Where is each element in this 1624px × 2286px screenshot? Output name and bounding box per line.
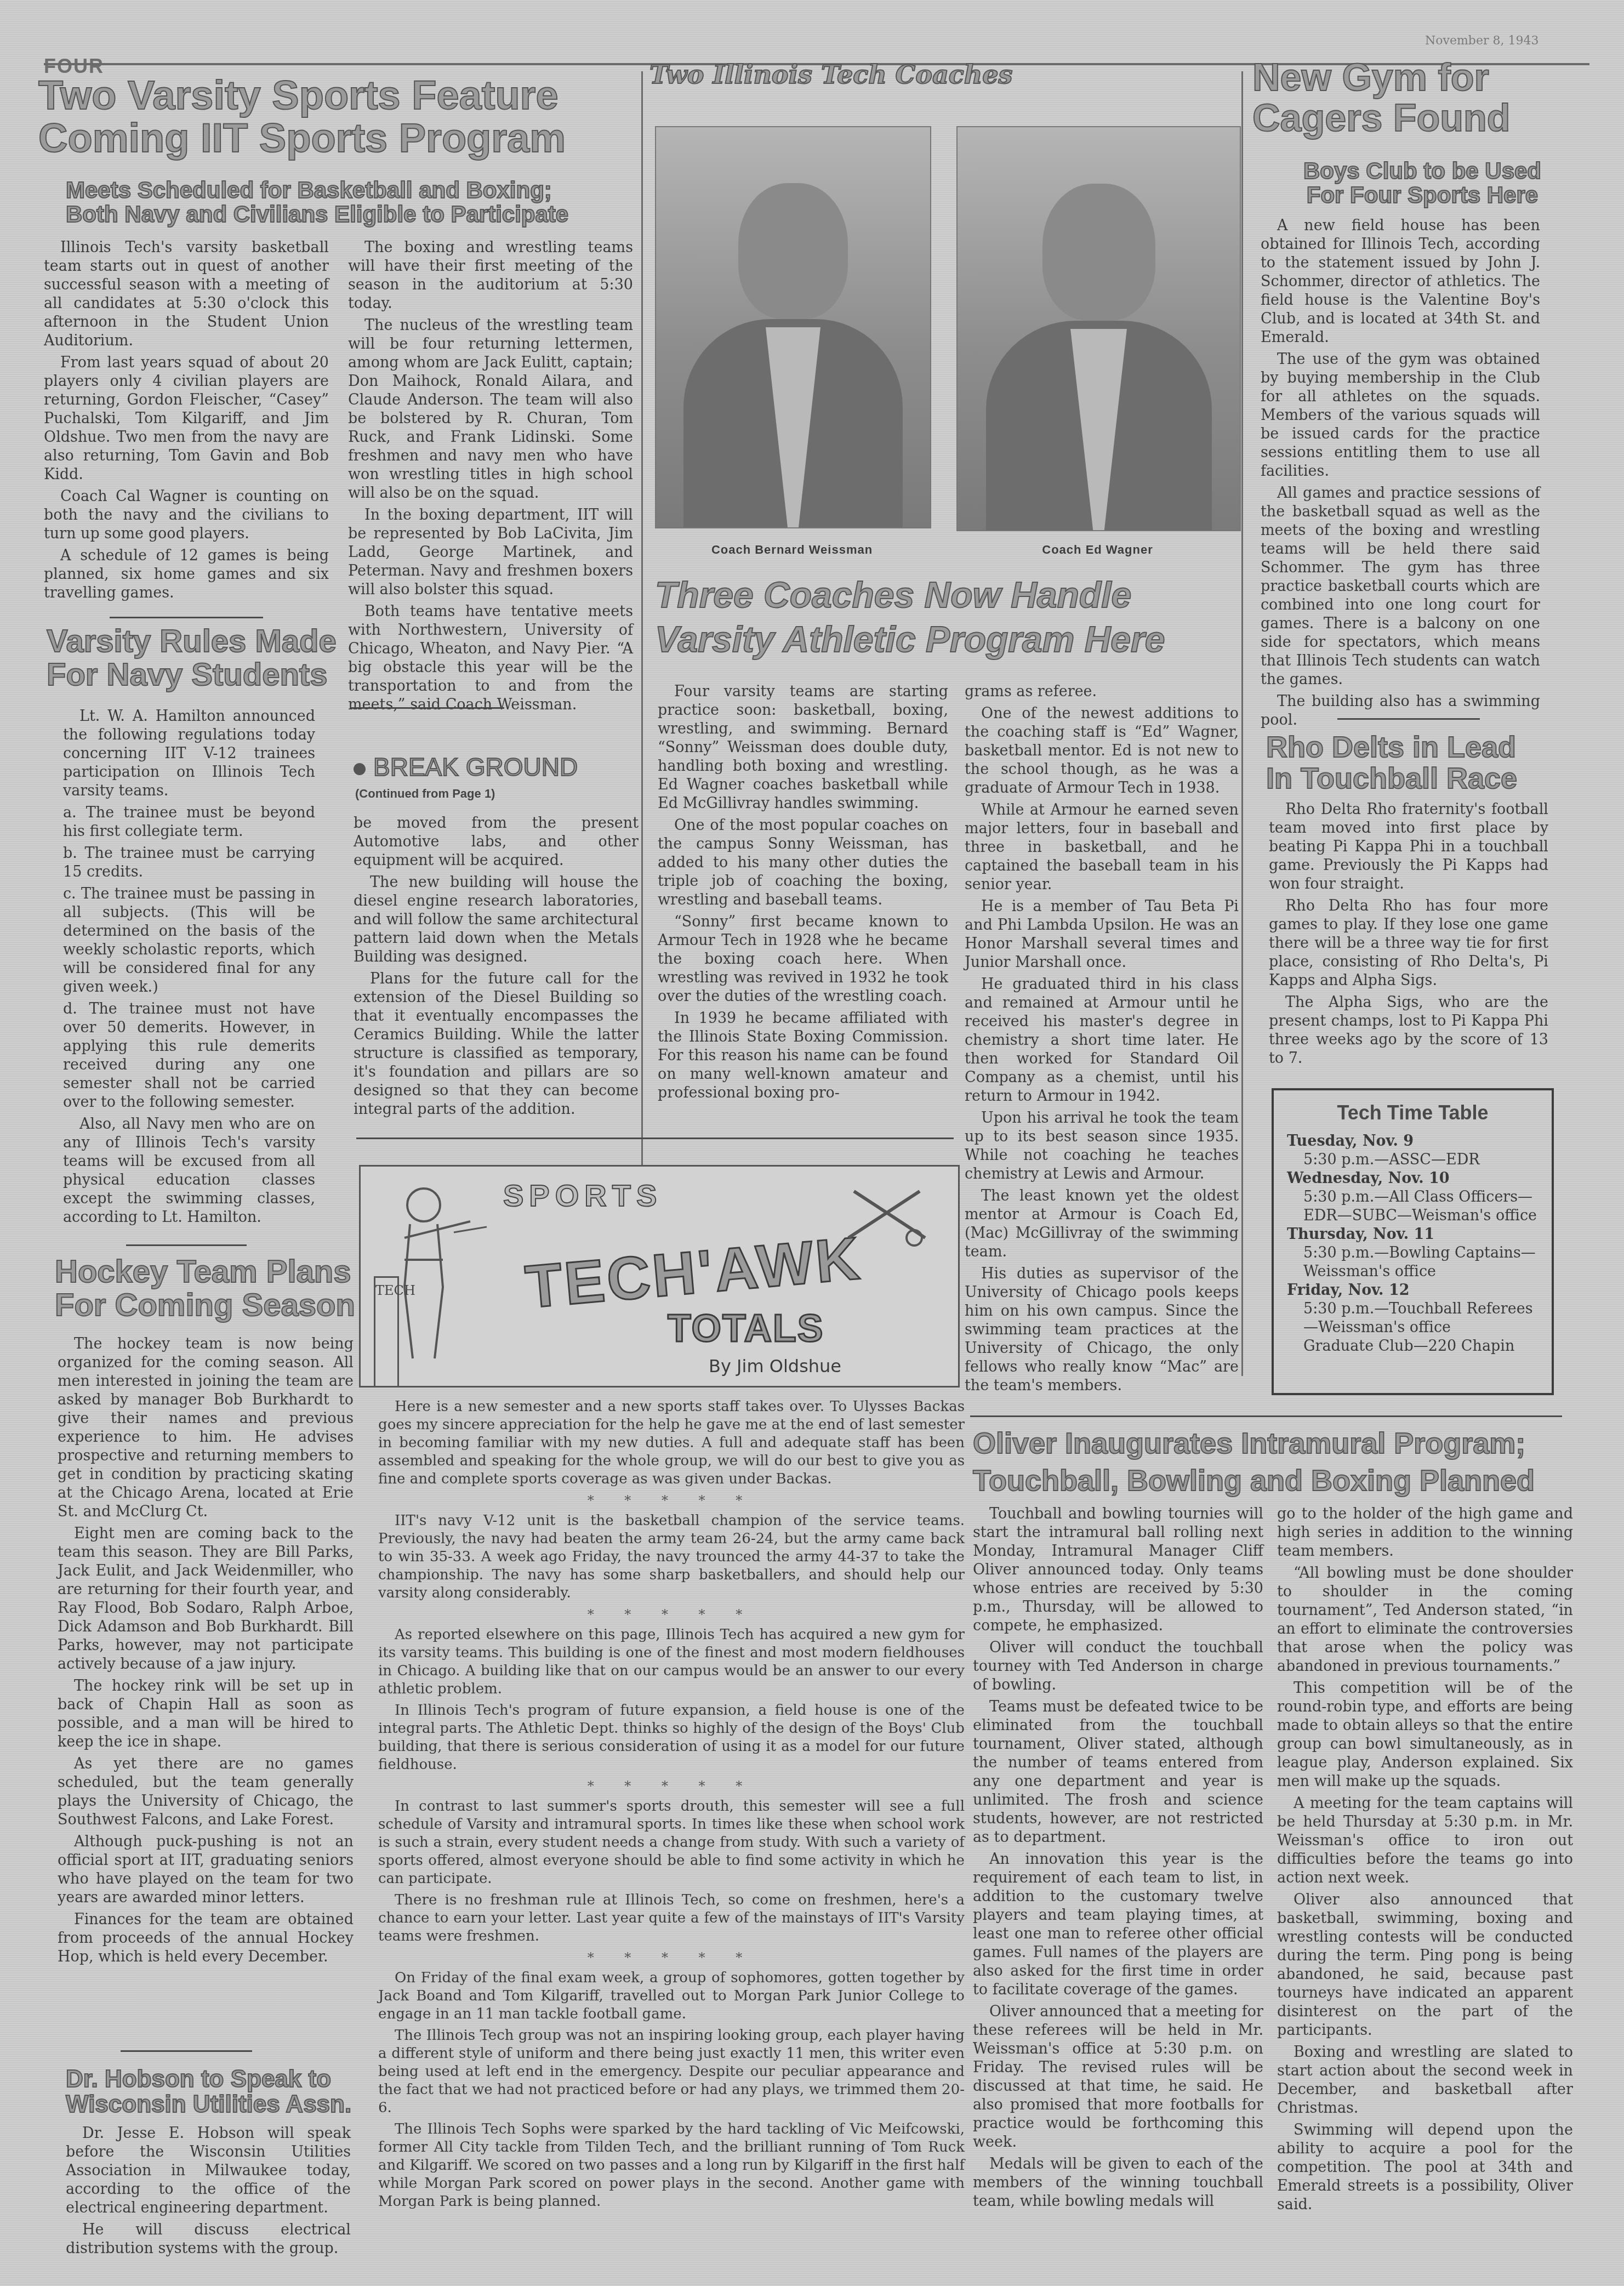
paragraph: One of the newest additions to the coach…: [965, 704, 1239, 798]
varsity-rules-body: Lt. W. A. Hamilton announced the followi…: [63, 707, 315, 1230]
paragraph: Rho Delta Rho has four more games to pla…: [1269, 897, 1548, 990]
paragraph: A meeting for the team captains will be …: [1277, 1794, 1573, 1887]
time-table-entry: Thursday, Nov. 11 5:30 p.m.—Bowling Capt…: [1287, 1225, 1538, 1281]
paragraph: grams as referee.: [965, 683, 1239, 701]
photos-title: Two Illinois Tech Coaches: [649, 61, 1012, 88]
crossed-bats-icon: [843, 1183, 931, 1249]
paragraph: Upon his arrival he took the team up to …: [965, 1109, 1239, 1184]
separator: * * * * *: [378, 1949, 965, 1967]
paragraph: He will discuss electrical distribution …: [66, 2221, 351, 2258]
time-table-day: Tuesday, Nov. 9: [1287, 1132, 1538, 1151]
paragraph: Teams must be defeated twice to be elimi…: [973, 1698, 1263, 1847]
three-coaches-col1: Four varsity teams are starting practice…: [658, 683, 948, 1106]
time-table-entry: Wednesday, Nov. 10 5:30 p.m.—All Class O…: [1287, 1169, 1538, 1225]
headline-line: Touchball, Bowling and Boxing Planned: [973, 1463, 1576, 1500]
headline-line: Three Coaches Now Handle: [655, 573, 1247, 617]
time-table-event: 5:30 p.m.—All Class Officers—EDR—SUBC—We…: [1287, 1188, 1538, 1225]
paragraph: Coach Cal Wagner is counting on both the…: [44, 487, 329, 543]
paragraph: While at Armour he earned seven major le…: [965, 801, 1239, 894]
paragraph: In contrast to last summer's sports drou…: [378, 1798, 965, 1888]
section-rule: [351, 707, 504, 709]
subhead-two-varsity: Meets Scheduled for Basketball and Boxin…: [66, 178, 641, 226]
headline-line: For Coming Season: [55, 1289, 362, 1322]
caption-weissman: Coach Bernard Weissman: [655, 543, 929, 557]
separator: * * * * *: [378, 1606, 965, 1624]
paragraph: There is no freshman rule at Illinois Te…: [378, 1891, 965, 1946]
paragraph: Oliver also announced that basketball, s…: [1277, 1891, 1573, 2040]
banner-sports: SPORTS: [503, 1178, 662, 1213]
paragraph: The hockey team is now being organized f…: [58, 1335, 354, 1521]
paragraph: All games and practice sessions of the b…: [1261, 484, 1540, 689]
paragraph: Also, all Navy men who are on any of Ill…: [63, 1115, 315, 1227]
headline-text: BREAK GROUND: [373, 753, 578, 781]
headline-three-coaches: Three Coaches Now Handle Varsity Athleti…: [655, 573, 1247, 661]
subhead-new-gym: Boys Club to be Used For Four Sports Her…: [1280, 159, 1565, 207]
paragraph: Lt. W. A. Hamilton announced the followi…: [63, 707, 315, 800]
issue-date: November 8, 1943: [1425, 34, 1538, 48]
photo-head: [738, 183, 848, 319]
paragraph: In the boxing department, IIT will be re…: [348, 506, 633, 599]
paragraph: be moved from the present Automotive lab…: [354, 814, 639, 870]
paragraph: Oliver will conduct the touchball tourne…: [973, 1639, 1263, 1694]
headline-line: Wisconsin Utilities Assn.: [66, 2092, 362, 2117]
two-varsity-col1: Illinois Tech's varsity basketball team …: [44, 238, 329, 606]
headline-intramural: Oliver Inaugurates Intramural Program; T…: [973, 1425, 1576, 1499]
paragraph: The hockey rink will be set up in back o…: [58, 1677, 354, 1752]
paragraph: c. The trainee must be passing in all su…: [63, 885, 315, 997]
time-table-entry: Friday, Nov. 12 5:30 p.m.—Touchball Refe…: [1287, 1281, 1538, 1356]
paragraph: He graduated third in his class and rema…: [965, 975, 1239, 1106]
paragraph: A new field house has been obtained for …: [1261, 217, 1540, 347]
paragraph: The Illinois Tech group was not an inspi…: [378, 2027, 965, 2117]
paragraph: The boxing and wrestling teams will have…: [348, 238, 633, 313]
paragraph: Although puck-pushing is not an official…: [58, 1833, 354, 1907]
headline-line: New Gym for: [1252, 58, 1581, 98]
section-rule: [110, 617, 263, 618]
section-rule: [126, 1244, 247, 1246]
headline-varsity-rules: Varsity Rules Made For Navy Students: [47, 625, 354, 692]
paragraph: The Illinois Tech Sophs were sparked by …: [378, 2120, 965, 2211]
paragraph: “Sonny” first became known to Armour Tec…: [658, 913, 948, 1006]
subhead-line: For Four Sports Here: [1280, 183, 1565, 207]
time-table-event: 5:30 p.m.—Touchball Referees—Weissman's …: [1287, 1300, 1538, 1337]
paragraph: Finances for the team are obtained from …: [58, 1910, 354, 1966]
paragraph: His duties as supervisor of the Universi…: [965, 1265, 1239, 1395]
time-table-event: Graduate Club—220 Chapin: [1287, 1337, 1538, 1356]
paragraph: A schedule of 12 games is being planned,…: [44, 547, 329, 602]
continued-note: (Continued from Page 1): [355, 787, 495, 801]
paragraph: Plans for the future call for the extens…: [354, 970, 639, 1119]
paragraph: One of the most popular coaches on the c…: [658, 816, 948, 909]
paragraph: Boxing and wrestling are slated to start…: [1277, 2043, 1573, 2118]
paragraph: The use of the gym was obtained by buyin…: [1261, 350, 1540, 481]
paragraph: IIT's navy V-12 unit is the basketball c…: [378, 1512, 965, 1602]
paragraph: b. The trainee must be carrying 15 credi…: [63, 844, 315, 882]
intramural-col2: go to the holder of the high game and hi…: [1277, 1505, 1573, 2217]
headline-new-gym: New Gym for Cagers Found: [1252, 58, 1581, 138]
paragraph: The least known yet the oldest mentor at…: [965, 1187, 1239, 1261]
banner-totals: TOTALS: [668, 1306, 824, 1350]
paragraph: a. The trainee must be beyond his first …: [63, 804, 315, 841]
paragraph: The building also has a swimming pool.: [1261, 692, 1540, 730]
headline-break-ground: BREAK GROUND: [354, 754, 578, 780]
time-table-title: Tech Time Table: [1287, 1101, 1538, 1124]
headline-line: Coming IIT Sports Program: [38, 117, 641, 160]
section-rule: [356, 1138, 954, 1139]
paragraph: Dr. Jesse E. Hobson will speak before th…: [66, 2124, 351, 2217]
paragraph: In Illinois Tech's program of future exp…: [378, 1702, 965, 1774]
headline-line: For Navy Students: [47, 658, 354, 692]
subhead-line: Meets Scheduled for Basketball and Boxin…: [66, 178, 641, 202]
photo-wagner: [956, 126, 1241, 531]
techawk-banner: TECH SPORTS TECH'AWK TOTALS By Jim Oldsh…: [359, 1165, 960, 1387]
paragraph: The new building will house the diesel e…: [354, 873, 639, 966]
section-rule: [1337, 718, 1480, 720]
two-varsity-col2: The boxing and wrestling teams will have…: [348, 238, 633, 718]
new-gym-body: A new field house has been obtained for …: [1261, 217, 1540, 733]
three-coaches-col2: grams as referee. One of the newest addi…: [965, 683, 1239, 1398]
paragraph: “All bowling must be done shoulder to sh…: [1277, 1564, 1573, 1676]
paragraph: d. The trainee must not have over 50 dem…: [63, 1000, 315, 1112]
column-divider: [1241, 71, 1243, 1376]
paragraph: From last years squad of about 20 player…: [44, 354, 329, 484]
time-table-day: Wednesday, Nov. 10: [1287, 1169, 1538, 1188]
paragraph: He is a member of Tau Beta Pi and Phi La…: [965, 897, 1239, 972]
paragraph: Here is a new semester and a new sports …: [378, 1398, 965, 1488]
paragraph: Touchball and bowling tournies will star…: [973, 1505, 1263, 1635]
paragraph: Eight men are coming back to the team th…: [58, 1525, 354, 1674]
photo-head: [1042, 184, 1155, 321]
paragraph: Oliver announced that a meeting for thes…: [973, 2003, 1263, 2152]
headline-rho-delts: Rho Delts in Lead In Touchball Race: [1266, 732, 1573, 794]
newspaper-page: FOUR November 8, 1943 Two Varsity Sports…: [0, 0, 1624, 2286]
headline-line: In Touchball Race: [1266, 763, 1573, 794]
time-table-day: Friday, Nov. 12: [1287, 1281, 1538, 1300]
tech-time-table: Tech Time Table Tuesday, Nov. 9 5:30 p.m…: [1272, 1088, 1554, 1395]
headline-line: Rho Delts in Lead: [1266, 732, 1573, 763]
subhead-line: Boys Club to be Used: [1280, 159, 1565, 183]
paragraph: Swimming will depend upon the ability to…: [1277, 2121, 1573, 2214]
headline-hobson: Dr. Hobson to Speak to Wisconsin Utiliti…: [66, 2067, 362, 2117]
headline-line: Dr. Hobson to Speak to: [66, 2067, 362, 2092]
subhead-line: Both Navy and Civilians Eligible to Part…: [66, 202, 641, 226]
headline-line: Two Varsity Sports Feature: [38, 74, 641, 117]
techawk-column-body: Here is a new semester and a new sports …: [378, 1398, 965, 2214]
headline-hockey: Hockey Team Plans For Coming Season: [55, 1255, 362, 1322]
paragraph: go to the holder of the high game and hi…: [1277, 1505, 1573, 1561]
paragraph: Illinois Tech's varsity basketball team …: [44, 238, 329, 350]
headline-line: Varsity Rules Made: [47, 625, 354, 658]
paragraph: As yet there are no games scheduled, but…: [58, 1755, 354, 1829]
headline-line: Cagers Found: [1252, 98, 1581, 139]
separator: * * * * *: [378, 1492, 965, 1510]
paragraph: The nucleus of the wrestling team will b…: [348, 316, 633, 503]
time-table-event: 5:30 p.m.—Bowling Captains—Weissman's of…: [1287, 1244, 1538, 1281]
time-table-day: Thursday, Nov. 11: [1287, 1225, 1538, 1244]
hockey-body: The hockey team is now being organized f…: [58, 1335, 354, 1970]
paragraph: Medals will be given to each of the memb…: [973, 2155, 1263, 2211]
photo-weissman: [655, 126, 931, 528]
paragraph: An innovation this year is the requireme…: [973, 1850, 1263, 1999]
rho-delts-body: Rho Delta Rho fraternity's football team…: [1269, 800, 1548, 1071]
headline-line: Hockey Team Plans: [55, 1255, 362, 1289]
paragraph: This competition will be of the round-ro…: [1277, 1679, 1573, 1791]
caption-wagner: Coach Ed Wagner: [956, 543, 1239, 557]
section-rule: [970, 1415, 1562, 1417]
paragraph: The Alpha Sigs, who are the present cham…: [1269, 993, 1548, 1068]
hobson-body: Dr. Jesse E. Hobson will speak before th…: [66, 2124, 351, 2261]
headline-two-varsity: Two Varsity Sports Feature Coming IIT Sp…: [38, 74, 641, 159]
column-divider: [641, 71, 643, 1349]
time-table-event: 5:30 p.m.—ASSC—EDR: [1287, 1151, 1538, 1169]
section-rule: [121, 2050, 252, 2052]
intramural-col1: Touchball and bowling tournies will star…: [973, 1505, 1263, 2214]
paragraph: In 1939 he became affiliated with the Il…: [658, 1009, 948, 1102]
separator: * * * * *: [378, 1777, 965, 1795]
paragraph: As reported elsewhere on this page, Illi…: [378, 1626, 965, 1698]
bullet-icon: [354, 763, 366, 775]
headline-line: Varsity Athletic Program Here: [655, 617, 1247, 662]
tech-vertical-label: TECH: [374, 1276, 399, 1387]
paragraph: Both teams have tentative meets with Nor…: [348, 602, 633, 714]
banner-byline: By Jim Oldshue: [709, 1356, 841, 1377]
paragraph: Four varsity teams are starting practice…: [658, 683, 948, 813]
paragraph: On Friday of the final exam week, a grou…: [378, 1969, 965, 2023]
break-ground-body: be moved from the present Automotive lab…: [354, 814, 639, 1122]
time-table-entry: Tuesday, Nov. 9 5:30 p.m.—ASSC—EDR: [1287, 1132, 1538, 1169]
paragraph: Rho Delta Rho fraternity's football team…: [1269, 800, 1548, 894]
headline-line: Oliver Inaugurates Intramural Program;: [973, 1425, 1576, 1463]
